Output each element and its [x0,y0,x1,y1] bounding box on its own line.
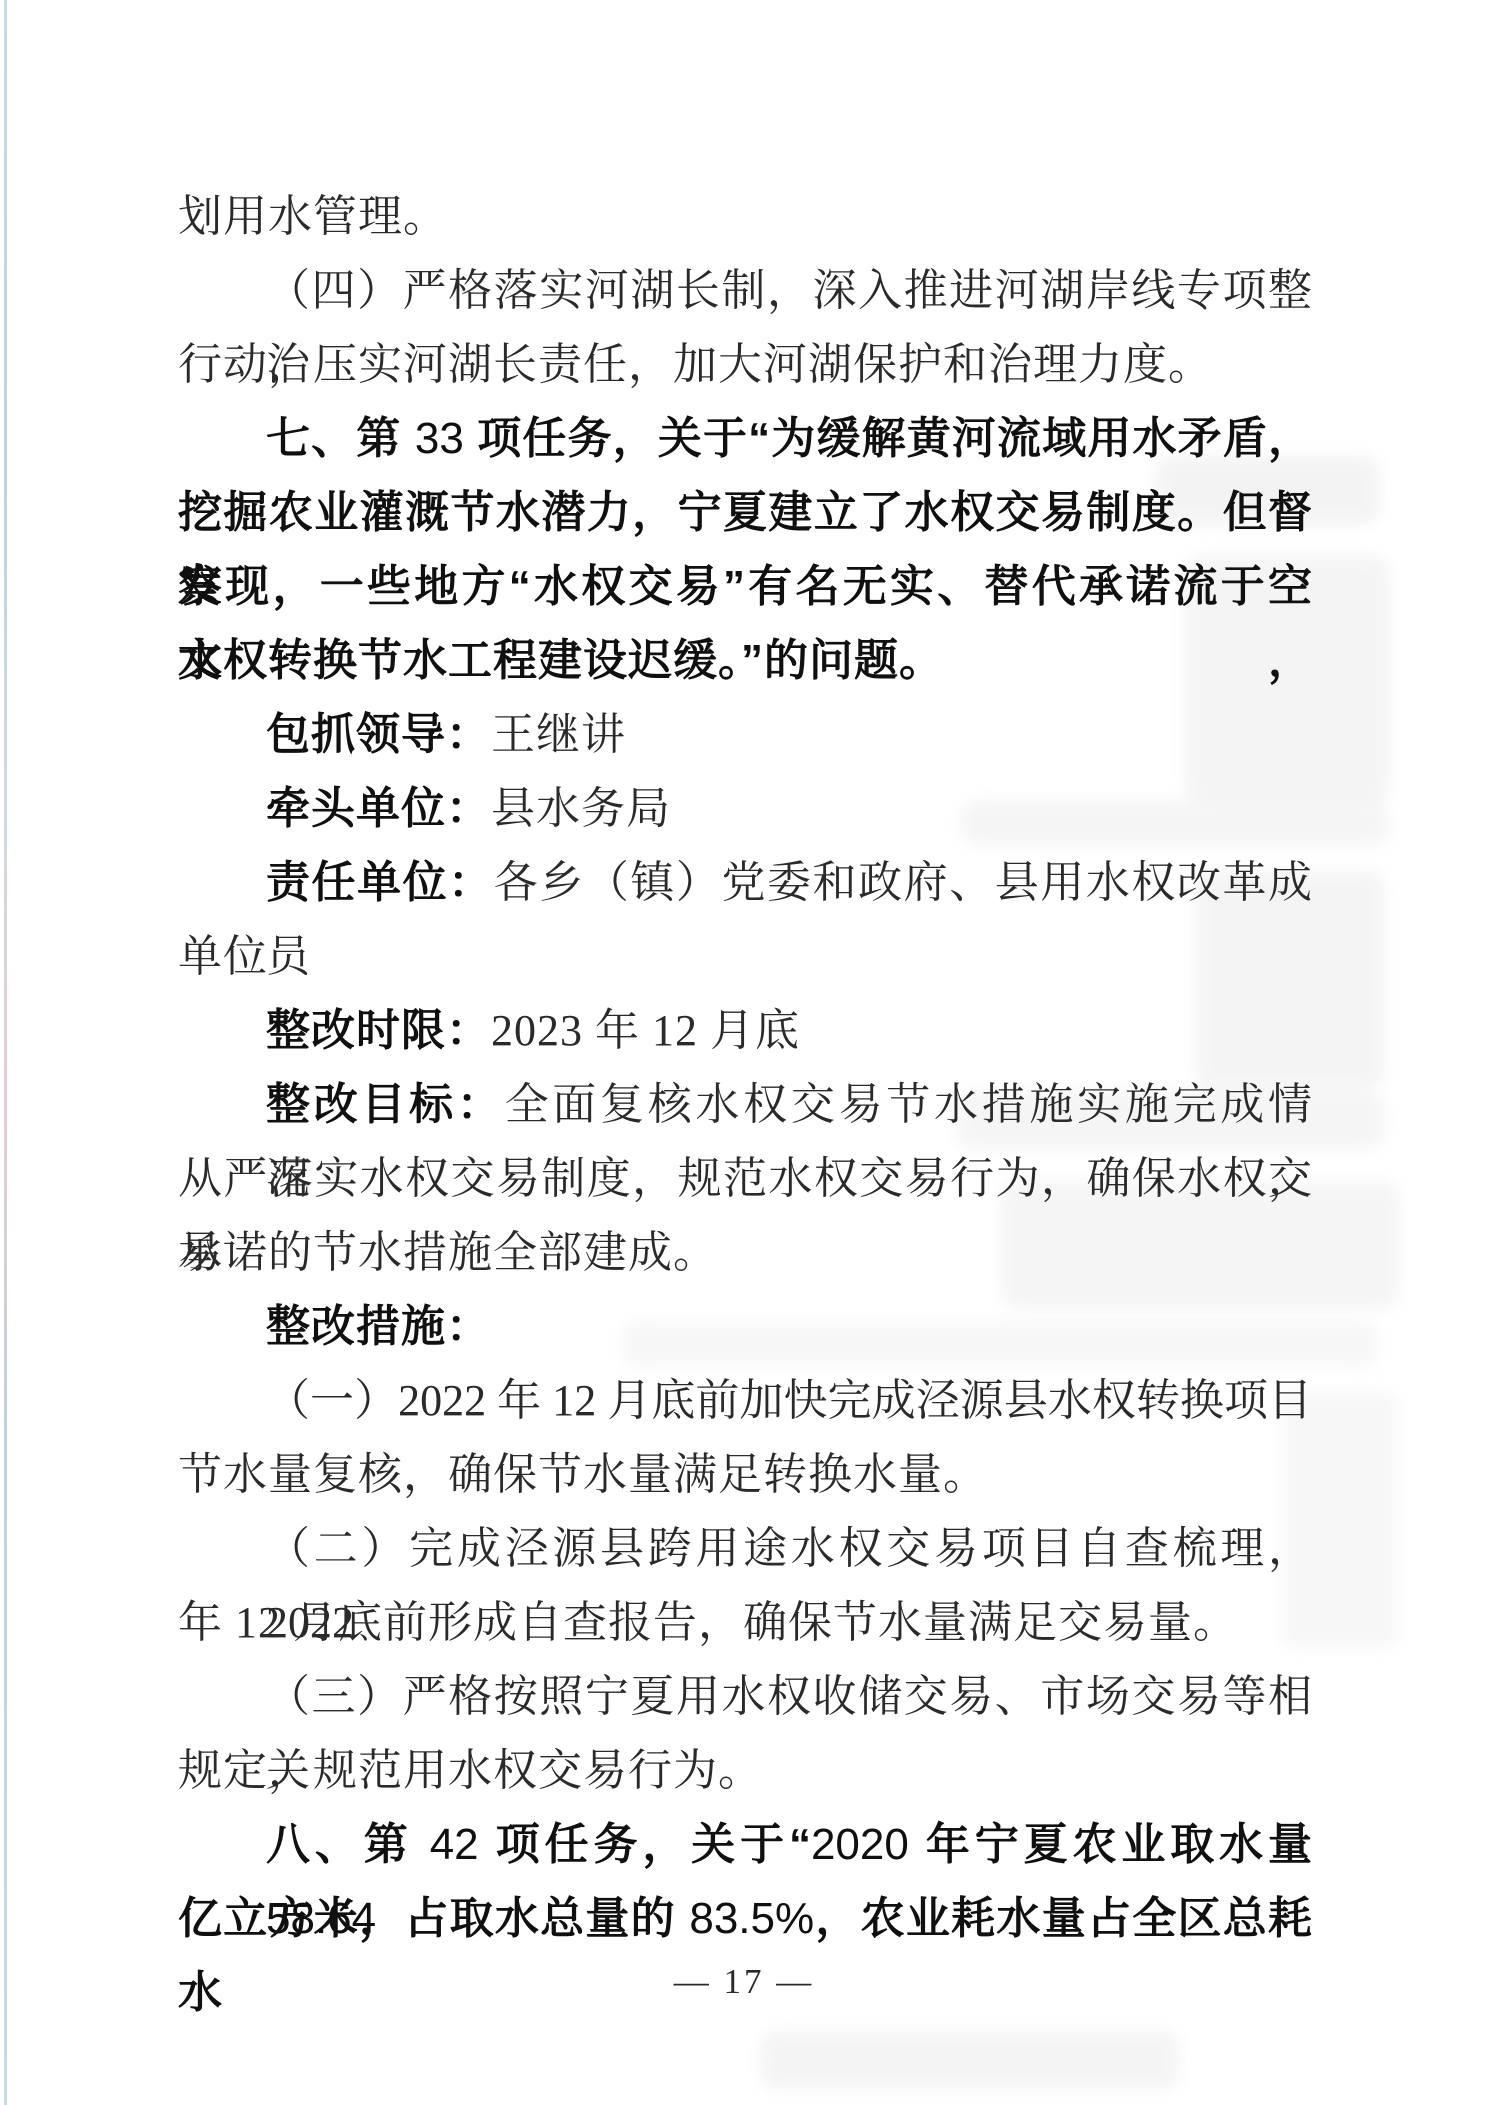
text-segment: 整改时限： [266,1006,491,1055]
text-line: 年 12 月底前形成自查报告，确保节水量满足交易量。 [178,1586,1312,1660]
text-segment: 包抓领导： [266,710,491,759]
scanned-page: 划用水管理。（四）严格落实河湖长制，深入推进河湖岸线专项整治行动，压实河湖长责任… [0,0,1488,2105]
text-segment: 42 [430,1820,479,1869]
text-segment: （一）2022 年 12 月底前加快完成泾源县水权转换项目 [266,1376,1312,1425]
text-segment: 划用水管理。 [178,192,448,241]
text-segment: 2023 年 12 月底 [491,1006,800,1055]
text-segment: 节水量复核，确保节水量满足转换水量。 [178,1450,988,1499]
text-segment: 七、第 [266,414,415,463]
text-segment: 王继讲 [491,710,626,759]
text-segment: 33 [415,414,464,463]
text-segment: 规定，规范用水权交易行为。 [178,1746,763,1795]
text-line: 节水量复核，确保节水量满足转换水量。 [178,1438,1312,1512]
document-text: 划用水管理。（四）严格落实河湖长制，深入推进河湖岸线专项整治行动，压实河湖长责任… [178,180,1312,1956]
text-line: 发现，一些地方“水权交易”有名无实、替代承诺流于空文， [178,550,1312,624]
text-segment: 项任务，关于“为缓解黄河流域用水矛盾， [464,414,1312,463]
scan-edge-artifact [4,0,7,2105]
text-segment: 单位 [178,932,268,981]
text-segment: 整改目标： [266,1080,505,1129]
text-segment: 承诺的节水措施全部建成。 [178,1228,718,1277]
text-line: 单位 [178,920,1312,994]
page-number: — 17 — [0,1962,1488,2002]
text-line: 整改时限：2023 年 12 月底 [178,994,1312,1068]
text-line: 行动，压实河湖长责任，加大河湖保护和治理力度。 [178,328,1312,402]
text-line: 划用水管理。 [178,180,1312,254]
text-segment: 整改措施： [266,1302,491,1351]
text-line: 亿立方米，占取水总量的 83.5%，农业耗水量占全区总耗水 [178,1882,1312,1956]
text-line: 从严落实水权交易制度，规范水权交易行为，确保水权交易 [178,1142,1312,1216]
text-line: 整改目标：全面复核水权交易节水措施实施完成情况， [178,1068,1312,1142]
text-segment: 县水务局 [491,784,671,833]
bleed-through-artifact [760,2030,1180,2090]
text-segment: 牵头单位： [266,784,491,833]
text-line: 整改措施： [178,1290,1312,1364]
text-line: 八、第 42 项任务，关于“2020 年宁夏农业取水量 58.64 [178,1808,1312,1882]
text-line: （二）完成泾源县跨用途水权交易项目自查梳理，2022 [178,1512,1312,1586]
text-segment: 行动，压实河湖长责任，加大河湖保护和治理力度。 [178,340,1213,389]
text-segment: 八、第 [266,1820,430,1869]
text-line: 规定，规范用水权交易行为。 [178,1734,1312,1808]
text-segment: 2020 [811,1820,909,1869]
text-line: 七、第 33 项任务，关于“为缓解黄河流域用水矛盾， [178,402,1312,476]
text-line: 牵头单位：县水务局 [178,772,1312,846]
text-segment: 年宁夏农业取水量 [909,1820,1312,1869]
text-line: 挖掘农业灌溉节水潜力，宁夏建立了水权交易制度。但督察 [178,476,1312,550]
text-line: 责任单位：各乡（镇）党委和政府、县用水权改革成员 [178,846,1312,920]
text-segment: 83.5% [689,1894,814,1943]
text-segment: 年 12 月底前形成自查报告，确保节水量满足交易量。 [178,1598,1238,1647]
text-line: 包抓领导：王继讲 [178,698,1312,772]
text-segment: 项任务，关于“ [479,1820,811,1869]
text-line: （三）严格按照宁夏用水权收储交易、市场交易等相关 [178,1660,1312,1734]
text-segment: 亿立方米，占取水总量的 [178,1894,689,1943]
text-segment: 责任单位： [266,858,494,907]
text-segment: 水权转换节水工程建设迟缓。”的问题。 [178,636,944,685]
text-line: （一）2022 年 12 月底前加快完成泾源县水权转换项目 [178,1364,1312,1438]
text-line: （四）严格落实河湖长制，深入推进河湖岸线专项整治 [178,254,1312,328]
text-line: 承诺的节水措施全部建成。 [178,1216,1312,1290]
